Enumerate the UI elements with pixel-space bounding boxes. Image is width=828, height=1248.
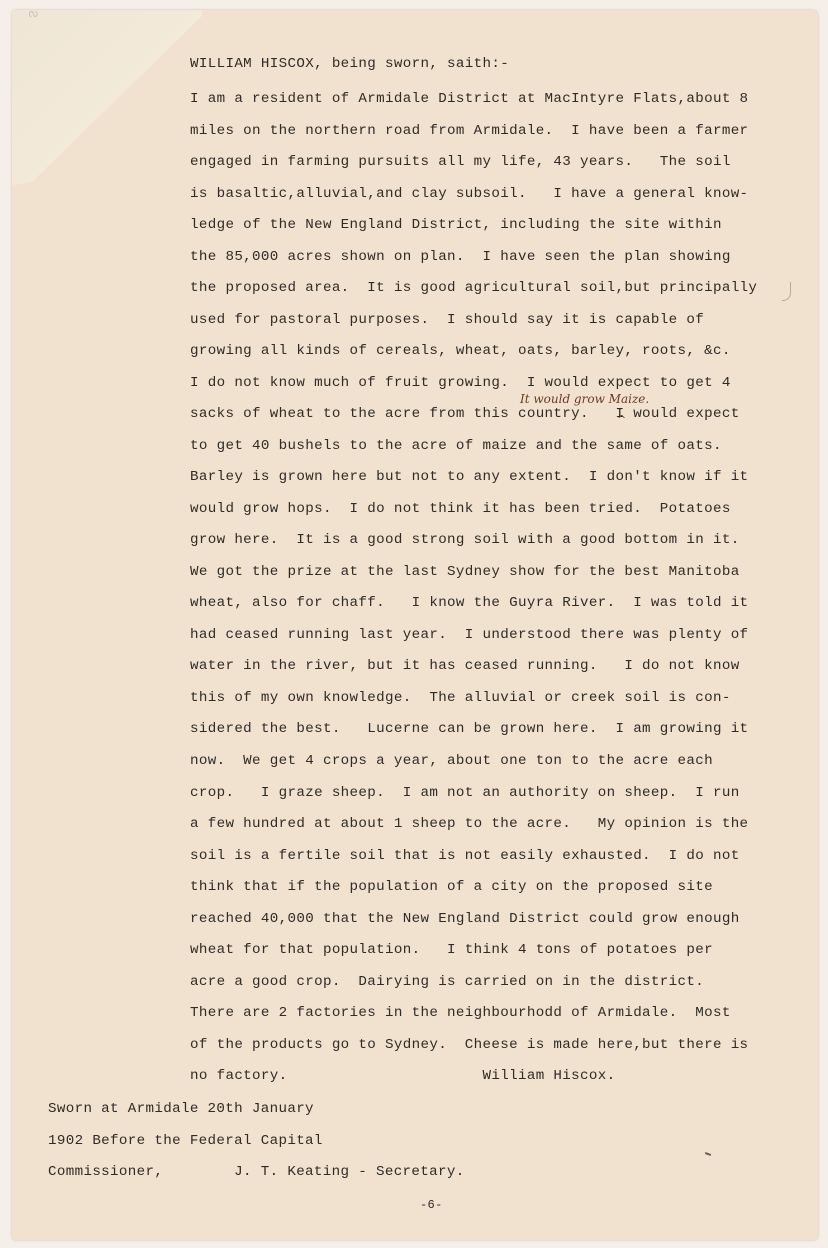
body-line: I do not know much of fruit growing. I w… — [190, 376, 731, 390]
body-line: the 85,000 acres shown on plan. I have s… — [190, 250, 731, 264]
body-line: no factory. William Hiscox. — [190, 1069, 615, 1083]
body-line: growing all kinds of cereals, wheat, oat… — [190, 344, 731, 358]
footer-line-commissioner: Commissioner, J. T. Keating - Secretary. — [48, 1165, 465, 1179]
handwritten-insertion: It would grow Maize. — [520, 392, 649, 406]
body-line: acre a good crop. Dairying is carried on… — [190, 975, 704, 989]
body-line: the proposed area. It is good agricultur… — [190, 281, 757, 295]
body-line: There are 2 factories in the neighbourho… — [190, 1006, 731, 1020]
body-line: water in the river, but it has ceased ru… — [190, 659, 740, 673]
body-line: had ceased running last year. I understo… — [190, 628, 748, 642]
body-line: miles on the northern road from Armidale… — [190, 124, 748, 138]
folded-corner: Sydney at Armidale — [12, 10, 212, 185]
body-line: I am a resident of Armidale District at … — [190, 92, 748, 106]
body-line: would grow hops. I do not think it has b… — [190, 502, 731, 516]
body-line: wheat, also for chaff. I know the Guyra … — [190, 596, 748, 610]
body-line: now. We get 4 crops a year, about one to… — [190, 754, 713, 768]
body-line: sidered the best. Lucerne can be grown h… — [190, 722, 748, 736]
footer-line-date: 1902 Before the Federal Capital — [48, 1134, 323, 1148]
body-line: used for pastoral purposes. I should say… — [190, 313, 704, 327]
body-line: think that if the population of a city o… — [190, 880, 713, 894]
insertion-caret-mark: ^ — [617, 413, 626, 426]
body-line: a few hundred at about 1 sheep to the ac… — [190, 817, 748, 831]
testimony-heading: WILLIAM HISCOX, being sworn, saith:- — [190, 57, 509, 71]
body-line: is basaltic,alluvial,and clay subsoil. I… — [190, 187, 748, 201]
body-line: grow here. It is a good strong soil with… — [190, 533, 740, 547]
footer-line-sworn: Sworn at Armidale 20th January — [48, 1102, 314, 1116]
body-line: engaged in farming pursuits all my life,… — [190, 155, 731, 169]
body-line: soil is a fertile soil that is not easil… — [190, 849, 740, 863]
body-line: to get 40 bushels to the acre of maize a… — [190, 439, 722, 453]
body-line: Barley is grown here but not to any exte… — [190, 470, 748, 484]
body-line: this of my own knowledge. The alluvial o… — [190, 691, 731, 705]
page-number: -6- — [420, 1199, 443, 1211]
body-line: reached 40,000 that the New England Dist… — [190, 912, 740, 926]
body-line: sacks of wheat to the acre from this cou… — [190, 407, 740, 421]
body-line: We got the prize at the last Sydney show… — [190, 565, 740, 579]
body-line: crop. I graze sheep. I am not an authori… — [190, 786, 740, 800]
body-line: ledge of the New England District, inclu… — [190, 218, 722, 232]
body-line: wheat for that population. I think 4 ton… — [190, 943, 713, 957]
body-line: of the products go to Sydney. Cheese is … — [190, 1038, 748, 1052]
